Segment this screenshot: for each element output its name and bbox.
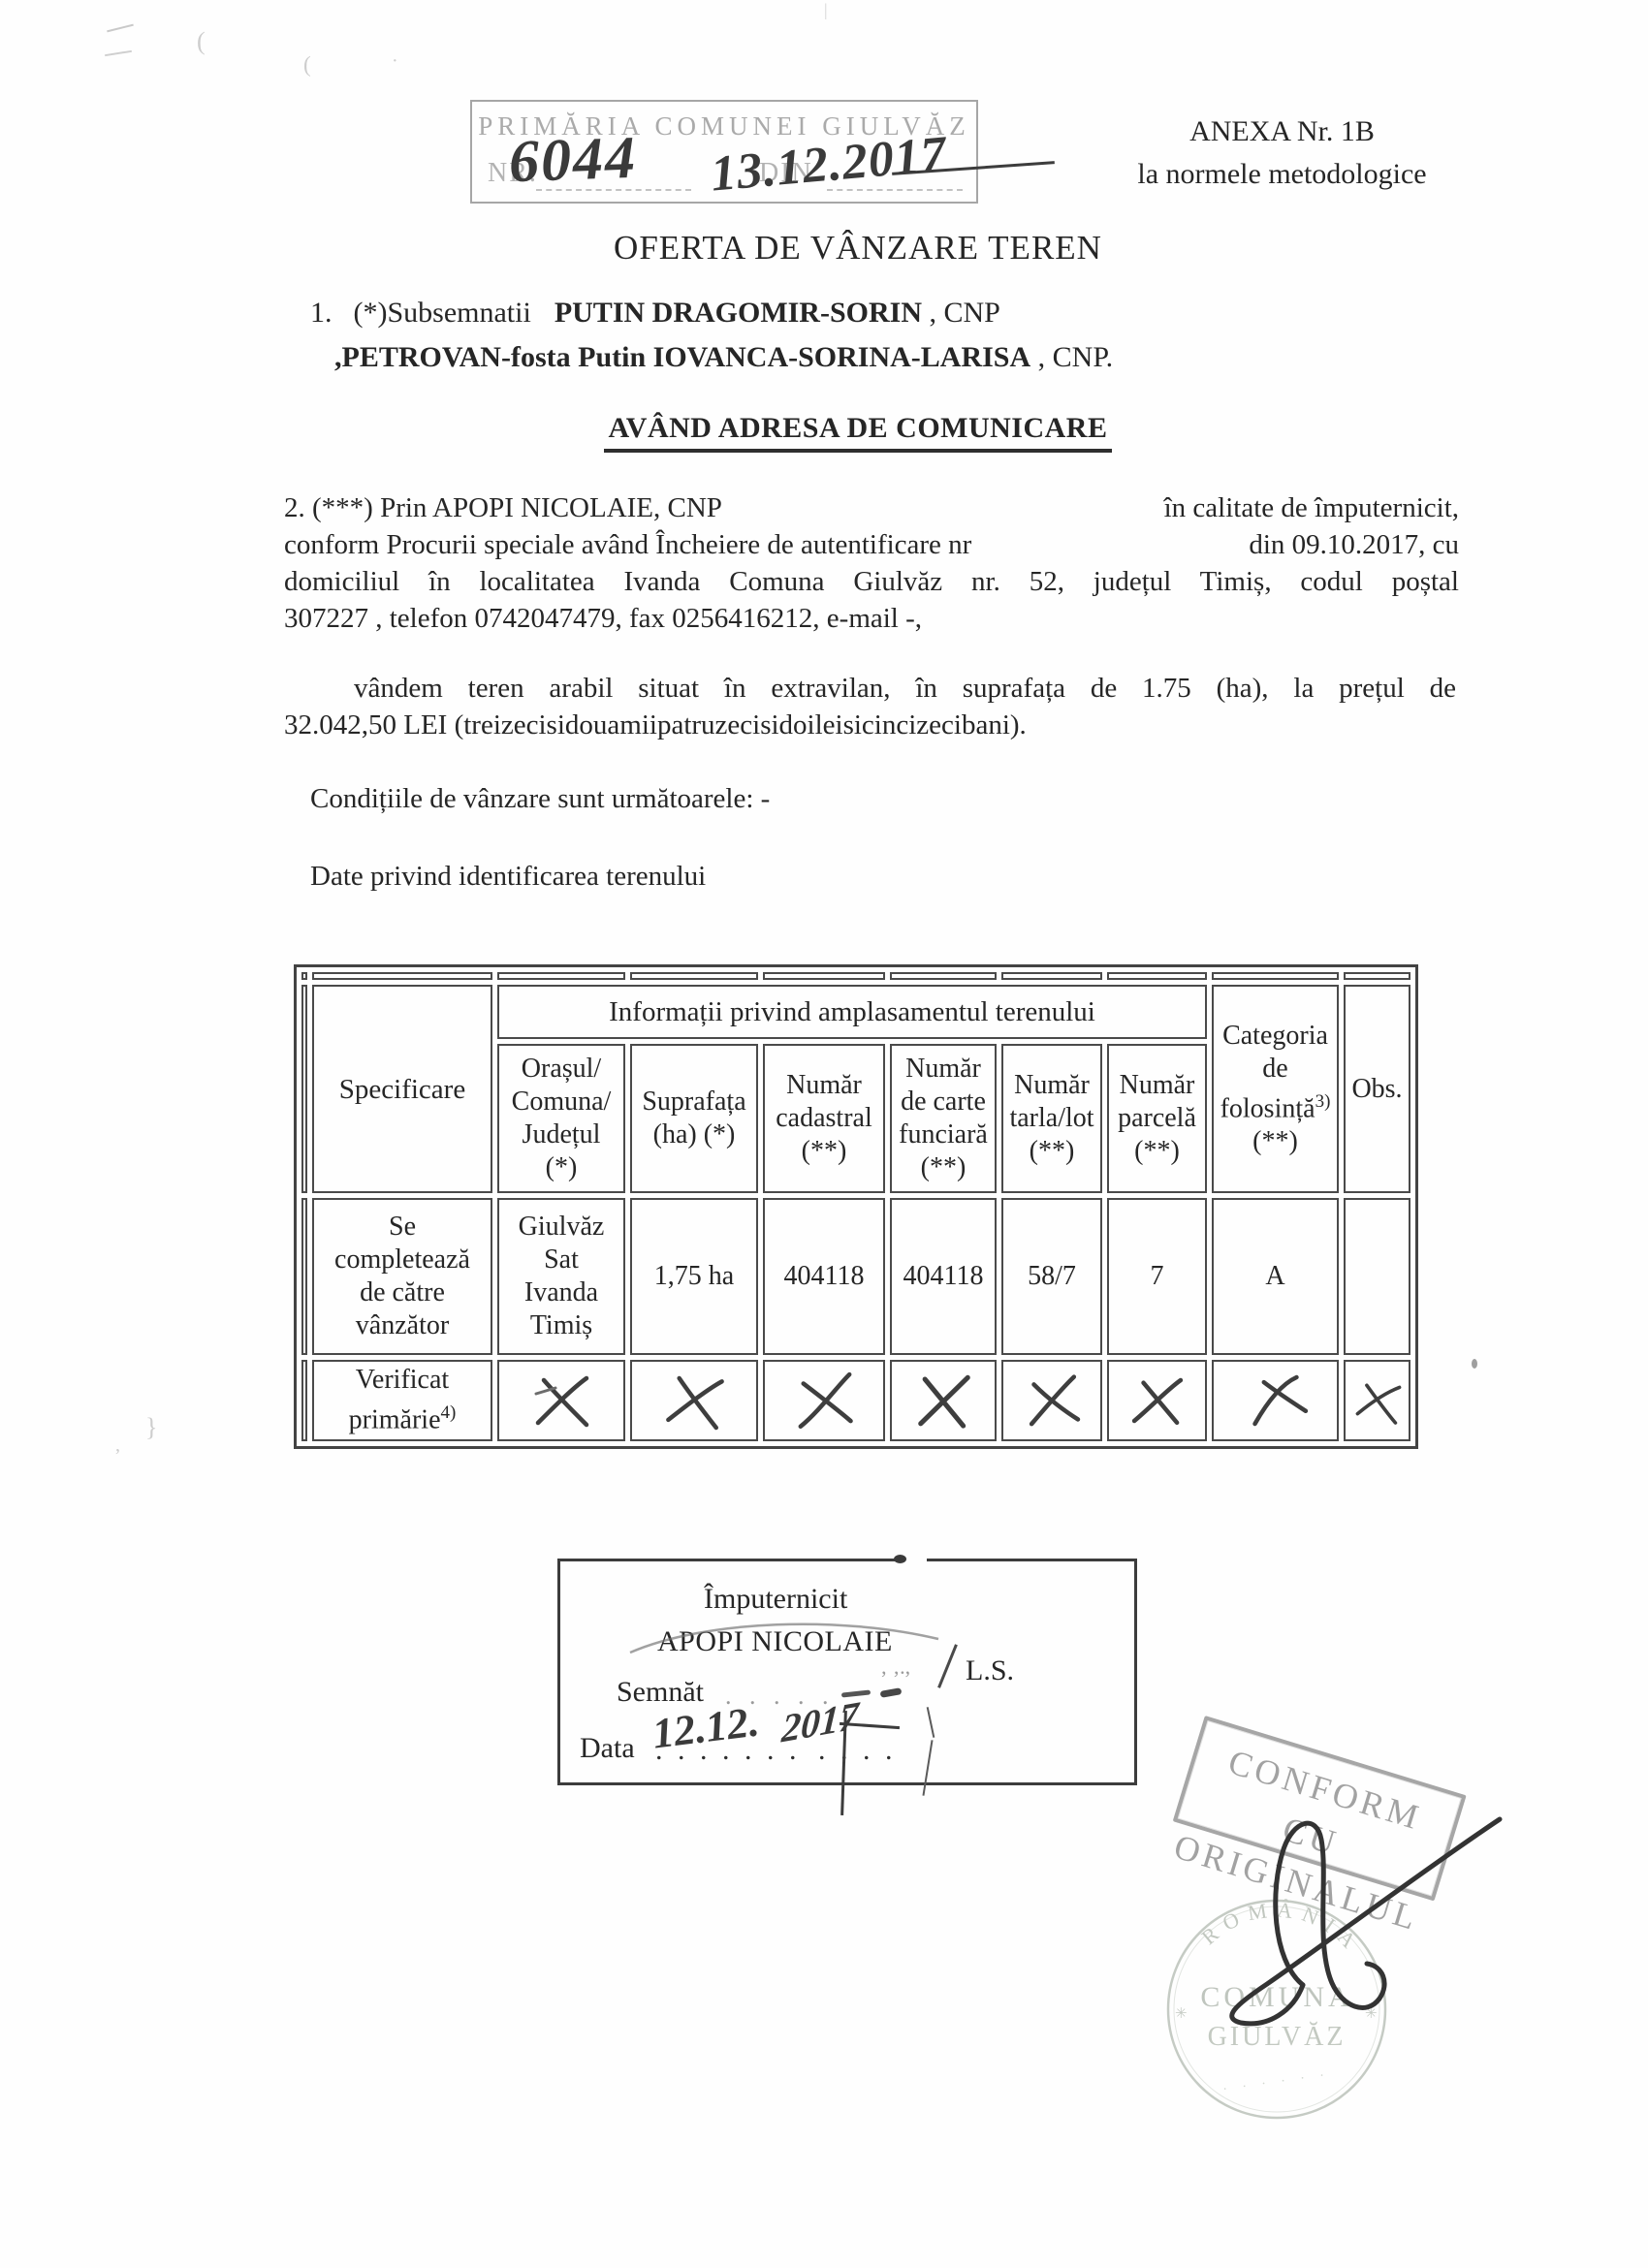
handwritten-check-x <box>630 1360 758 1441</box>
paragraph-2-line-4: 307227 , telefon 0742047479, fax 0256416… <box>284 603 1459 640</box>
scan-artifact: ( <box>303 52 311 78</box>
paragraph-2-line-1: 2. (***) Prin APOPI NICOLAIE, CNP în cal… <box>284 492 1459 529</box>
scan-artifact <box>105 50 132 56</box>
strip-cell <box>1001 972 1102 980</box>
pen-tick <box>927 1707 935 1738</box>
para1-cnp-2: , CNP. <box>1030 341 1113 373</box>
para1-intro: (*)Subsemnatii <box>354 297 531 329</box>
header-carte-funciara: Număr de carte funciară (**) <box>890 1044 997 1193</box>
conditions-line: Condițiile de vânzare sunt următoarele: … <box>310 783 770 815</box>
table-header-row-1: Specificare Informații privind amplasame… <box>301 985 1410 1039</box>
handwritten-check-x <box>763 1360 885 1441</box>
strip-cell <box>1344 972 1410 980</box>
date-label: Data <box>580 1732 635 1765</box>
handwritten-check-x <box>1001 1360 1102 1441</box>
handwritten-check-x <box>497 1360 625 1441</box>
handwritten-check-x <box>890 1360 997 1441</box>
header-tarla: Număr tarla/lot (**) <box>1001 1044 1102 1193</box>
seller-name-1: PUTIN DRAGOMIR-SORIN <box>555 297 922 329</box>
document-title: OFERTA DE VÂNZARE TEREN <box>291 229 1425 268</box>
strip-cell <box>890 972 997 980</box>
procura-text: conform Procurii speciale având Încheier… <box>284 529 971 566</box>
seller-data-row: Se completează de către vânzător Giulvăz… <box>301 1198 1410 1355</box>
paragraph-1-line-1: 1.(*)SubsemnatiiPUTIN DRAGOMIR-SORIN , C… <box>310 297 1000 330</box>
handwritten-check-x <box>1107 1360 1207 1441</box>
strip-cell <box>497 972 625 980</box>
scan-artifact: ( <box>197 27 206 56</box>
cell-carte-funciara: 404118 <box>890 1198 997 1355</box>
strip-cell <box>312 972 492 980</box>
pen-specks: ‚ ‚., <box>880 1654 910 1680</box>
header-categoria: Categoria de folosință3) (**) <box>1212 985 1339 1193</box>
land-identification-table: Specificare Informații privind amplasame… <box>294 964 1418 1449</box>
sale-terms-line-2: 32.042,50 LEI (treizecisidouamiipatruzec… <box>284 709 1027 741</box>
strip-cell <box>301 1198 307 1355</box>
strip-cell <box>301 1360 307 1441</box>
strip-cell <box>1212 972 1339 980</box>
handwritten-check-x <box>1344 1360 1410 1441</box>
paragraph-1-line-2: ,PETROVAN-fosta Putin IOVANCA-SORINA-LAR… <box>334 341 1113 374</box>
cell-cadastral: 404118 <box>763 1198 885 1355</box>
cell-tarla: 58/7 <box>1001 1198 1102 1355</box>
annex-line2: la normele metodologice <box>1095 153 1469 196</box>
handwritten-registration-number: 6044 <box>508 124 638 198</box>
paragraph-2-line-2: conform Procurii speciale având Încheier… <box>284 529 1459 566</box>
header-suprafata: Suprafața (ha) (*) <box>630 1044 758 1193</box>
strip-cell <box>630 972 758 980</box>
handwritten-check-x <box>1212 1360 1339 1441</box>
scan-artifact <box>107 24 134 33</box>
procura-date: din 09.10.2017, cu <box>1249 529 1459 566</box>
border-strip-row <box>301 972 1410 980</box>
strip-cell <box>301 972 307 980</box>
strip-cell <box>1107 972 1207 980</box>
address-subheading-text: AVÂND ADRESA DE COMUNICARE <box>604 412 1111 453</box>
sale-terms-line-1: vândem teren arabil situat în extravilan… <box>354 673 1456 705</box>
verify-row-label: Verificat primărie4) <box>312 1360 492 1441</box>
paragraph-2-line-3: domiciliul în localitatea Ivanda Comuna … <box>284 566 1459 603</box>
header-parcela: Număr parcelă (**) <box>1107 1044 1207 1193</box>
scan-artifact <box>1472 1359 1477 1369</box>
annex-note: ANEXA Nr. 1B la normele metodologice <box>1095 110 1469 196</box>
verify-row: Verificat primărie4) <box>301 1360 1410 1441</box>
annex-line1: ANEXA Nr. 1B <box>1095 110 1469 153</box>
strip-cell <box>763 972 885 980</box>
attorney-intro: 2. (***) Prin APOPI NICOLAIE, CNP <box>284 492 722 529</box>
pen-smudge <box>880 1687 903 1698</box>
header-cadastral: Număr cadastral (**) <box>763 1044 885 1193</box>
cell-parcela: 7 <box>1107 1198 1207 1355</box>
scan-artifact: } <box>145 1413 157 1442</box>
address-subheading: AVÂND ADRESA DE COMUNICARE <box>291 412 1425 453</box>
scan-artifact: , <box>115 1434 120 1457</box>
land-id-heading: Date privind identificarea terenului <box>310 861 706 893</box>
pen-blob <box>894 1555 906 1563</box>
cell-area: 1,75 ha <box>630 1198 758 1355</box>
scanned-document-page: ( ( · | } , PRIMĂRIA COMUNEI GIULVĂZ NR.… <box>0 0 1648 2268</box>
strip-cell <box>301 985 307 1193</box>
header-info-span: Informații privind amplasamentul terenul… <box>497 985 1207 1039</box>
scan-artifact: · <box>392 50 398 73</box>
ls-label: L.S. <box>966 1654 1014 1687</box>
seller-row-label: Se completează de către vânzător <box>312 1198 492 1355</box>
signature-box: Împuternicit APOPI NICOLAIE L.S. ‚ ‚., S… <box>557 1559 1137 1785</box>
round-stamp-bottom-marks: · · · · · · <box>1221 2068 1330 2097</box>
seller-name-2: ,PETROVAN-fosta Putin IOVANCA-SORINA-LAR… <box>334 341 1030 373</box>
attorney-role: în calitate de împuternicit, <box>1164 492 1459 529</box>
scan-artifact: | <box>824 0 828 20</box>
cell-location: Giulvăz Sat Ivanda Timiș <box>497 1198 625 1355</box>
pen-tick-2 <box>922 1740 933 1796</box>
cell-obs <box>1344 1198 1410 1355</box>
header-orasul: Orașul/ Comuna/ Județul (*) <box>497 1044 625 1193</box>
header-obs: Obs. <box>1344 985 1410 1193</box>
header-specificare: Specificare <box>312 985 492 1193</box>
item-number: 1. <box>310 297 333 329</box>
para1-cnp-1: , CNP <box>922 297 1000 329</box>
signature-scribble <box>1175 1776 1514 2066</box>
cell-categoria: A <box>1212 1198 1339 1355</box>
